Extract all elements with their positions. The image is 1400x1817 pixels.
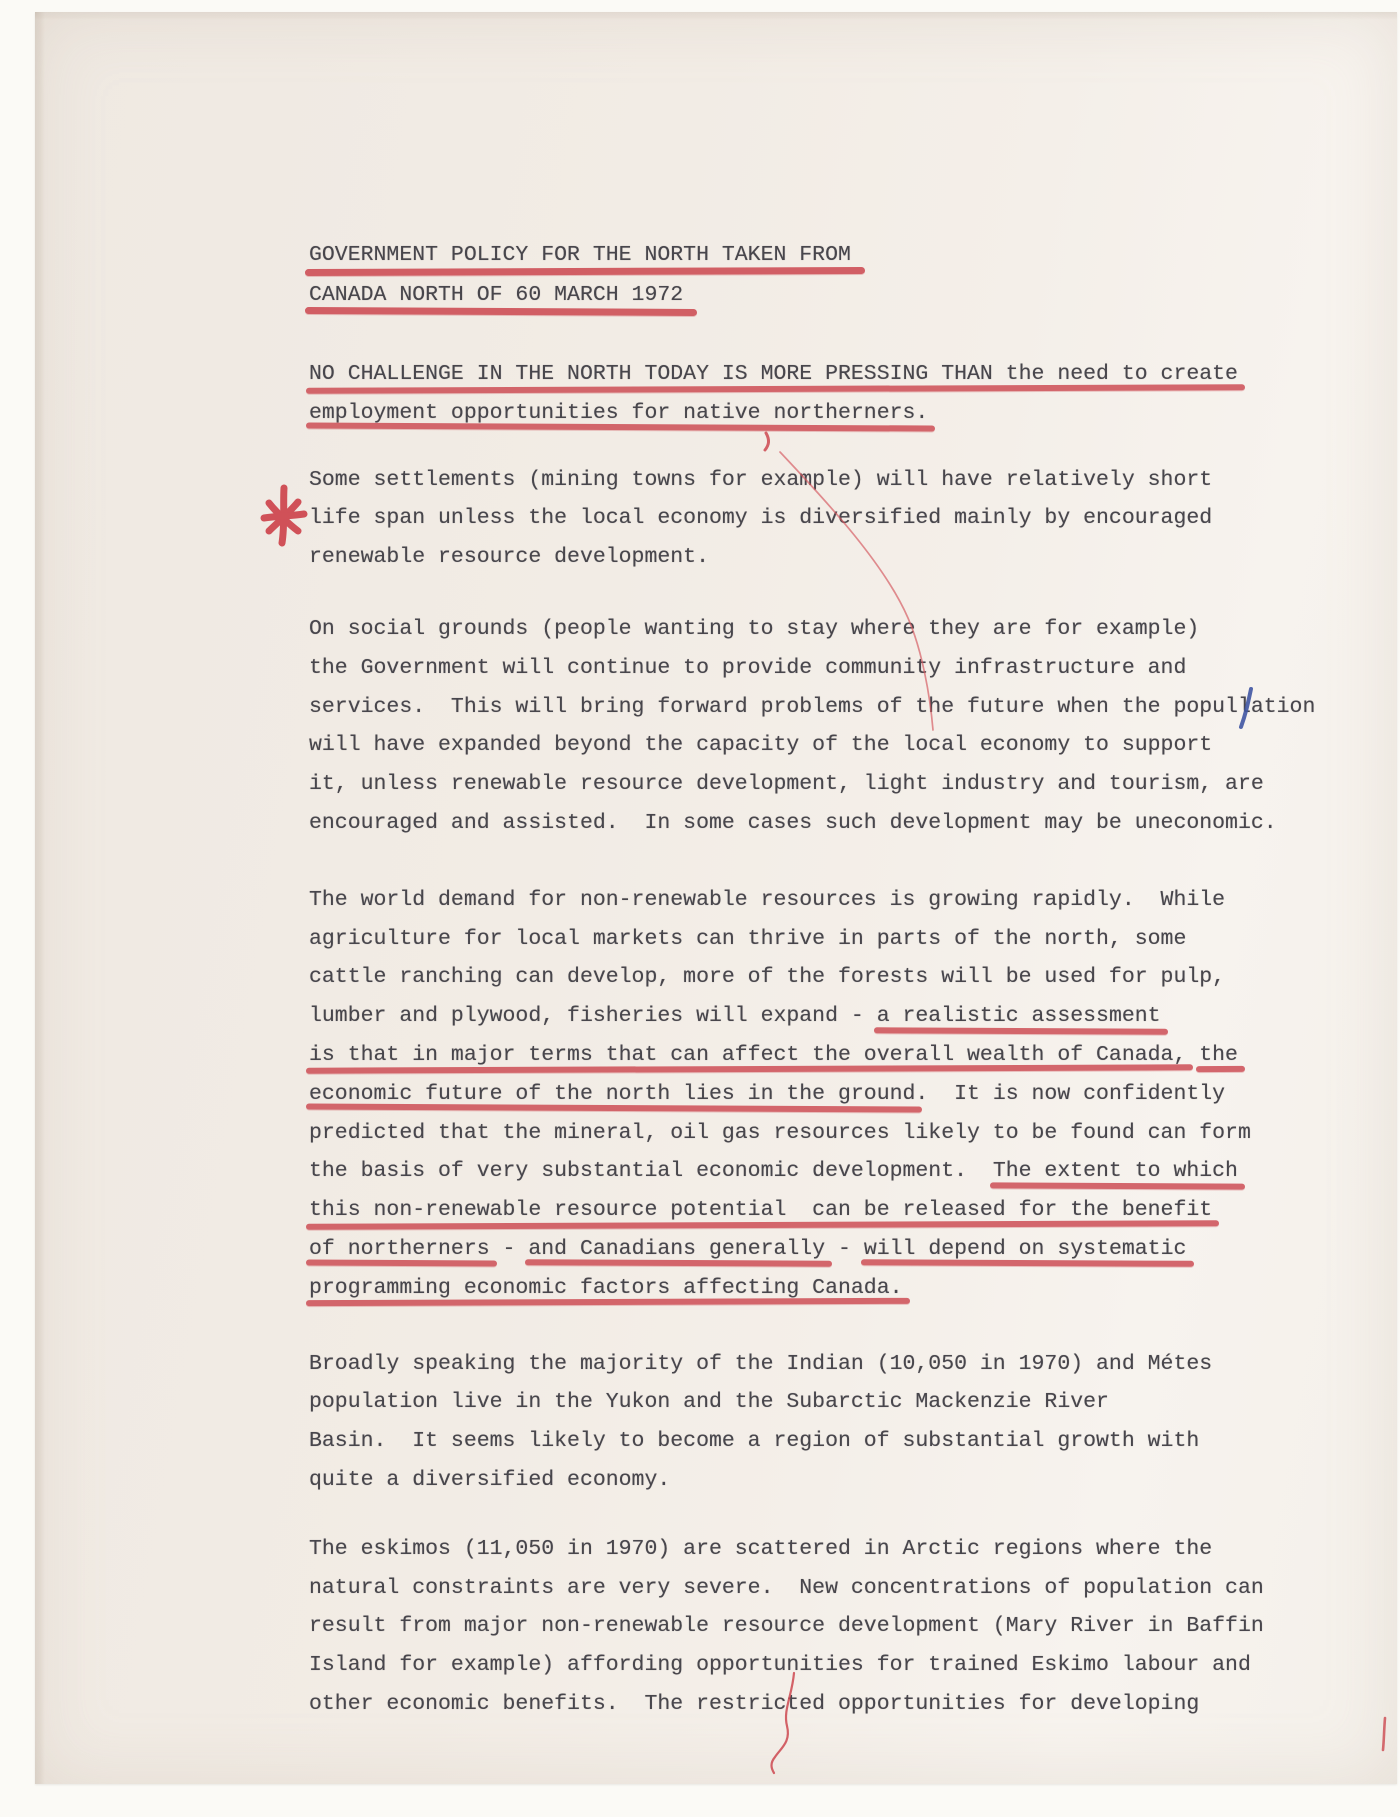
text-line: NO CHALLENGE IN THE NORTH TODAY IS MORE … (309, 355, 1315, 394)
text-segment: Basin. It seems likely to become a regio… (309, 1429, 1199, 1453)
text-line: renewable resource development. (309, 538, 1315, 577)
text-line: population live in the Yukon and the Sub… (309, 1383, 1315, 1422)
red-underlined-text: the (1199, 1043, 1238, 1067)
red-underlined-text: a realistic assessment (877, 1004, 1161, 1028)
document-body: GOVERNMENT POLICY FOR THE NORTH TAKEN FR… (309, 235, 1315, 1724)
red-underlined-text: and Canadians generally (528, 1237, 825, 1261)
paragraph-1: NO CHALLENGE IN THE NORTH TODAY IS MORE … (309, 355, 1315, 433)
text-segment: the Government will continue to provide … (309, 656, 1186, 680)
text-segment: population live in the Yukon and the Sub… (309, 1390, 1109, 1414)
text-segment: natural constraints are very severe. New… (309, 1576, 1264, 1600)
text-line: natural constraints are very severe. New… (309, 1569, 1315, 1608)
text-line: encouraged and assisted. In some cases s… (309, 804, 1315, 843)
text-segment: On social grounds (people wanting to sta… (309, 617, 1199, 641)
text-segment: lumber and plywood, fisheries will expan… (309, 1004, 877, 1028)
red-underlined-text: CANADA NORTH OF 60 MARCH 1972 (309, 283, 683, 307)
text-segment: result from major non-renewable resource… (309, 1614, 1264, 1638)
text-line: Island for example) affording opportunit… (309, 1646, 1315, 1685)
text-line: The eskimos (11,050 in 1970) are scatter… (309, 1530, 1315, 1569)
text-segment: cattle ranching can develop, more of the… (309, 965, 1225, 989)
red-underlined-text: of northerners (309, 1237, 490, 1261)
text-segment: services. This will bring forward proble… (309, 695, 1315, 719)
text-line: services. This will bring forward proble… (309, 688, 1315, 727)
red-underlined-text: economic future of the north lies in the… (309, 1082, 915, 1106)
text-line: Broadly speaking the majority of the Ind… (309, 1345, 1315, 1384)
red-underlined-text: is that in major terms that can affect t… (309, 1043, 1186, 1067)
text-line: On social grounds (people wanting to sta… (309, 610, 1315, 649)
text-line: will have expanded beyond the capacity o… (309, 726, 1315, 765)
text-line: the basis of very substantial economic d… (309, 1152, 1315, 1191)
text-segment: The eskimos (11,050 in 1970) are scatter… (309, 1537, 1212, 1561)
text-line: other economic benefits. The restricted … (309, 1685, 1315, 1724)
text-segment: Some settlements (mining towns for examp… (309, 468, 1212, 492)
text-segment: predicted that the mineral, oil gas reso… (309, 1121, 1251, 1145)
scanned-document-screenshot: { "document": { "kind": "typewritten mem… (0, 0, 1400, 1817)
text-line: lumber and plywood, fisheries will expan… (309, 997, 1315, 1036)
text-line: result from major non-renewable resource… (309, 1607, 1315, 1646)
paragraph-3: On social grounds (people wanting to sta… (309, 610, 1315, 843)
paragraph-2: Some settlements (mining towns for examp… (309, 461, 1315, 577)
text-line: employment opportunities for native nort… (309, 394, 1315, 433)
text-segment: Broadly speaking the majority of the Ind… (309, 1352, 1212, 1376)
text-line: Some settlements (mining towns for examp… (309, 461, 1315, 500)
text-line: CANADA NORTH OF 60 MARCH 1972 (309, 275, 1315, 315)
red-underlined-text: will depend on systematic (864, 1237, 1187, 1261)
red-underlined-text: GOVERNMENT POLICY FOR THE NORTH TAKEN FR… (309, 243, 851, 267)
text-segment: the basis of very substantial economic d… (309, 1159, 993, 1183)
red-underlined-text: employment opportunities for native nort… (309, 401, 928, 425)
text-segment: agriculture for local markets can thrive… (309, 927, 1186, 951)
red-underlined-text: The extent to which (993, 1159, 1238, 1183)
text-line: The world demand for non-renewable resou… (309, 881, 1315, 920)
document-page: GOVERNMENT POLICY FOR THE NORTH TAKEN FR… (35, 12, 1397, 1784)
paragraph-5: Broadly speaking the majority of the Ind… (309, 1345, 1315, 1500)
text-line: agriculture for local markets can thrive… (309, 920, 1315, 959)
red-underlined-text: this non-renewable resource potential ca… (309, 1198, 1212, 1222)
text-line: quite a diversified economy. (309, 1461, 1315, 1500)
text-segment: it, unless renewable resource developmen… (309, 772, 1264, 796)
text-line: the Government will continue to provide … (309, 649, 1315, 688)
margin-asterisk-icon (260, 484, 308, 553)
text-line: life span unless the local economy is di… (309, 499, 1315, 538)
text-line: of northerners - and Canadians generally… (309, 1230, 1315, 1269)
text-line: this non-renewable resource potential ca… (309, 1191, 1315, 1230)
text-segment: renewable resource development. (309, 545, 709, 569)
red-underlined-text: programming economic factors affecting C… (309, 1276, 903, 1300)
text-line: programming economic factors affecting C… (309, 1269, 1315, 1308)
text-segment: other economic benefits. The restricted … (309, 1692, 1199, 1716)
text-segment: quite a diversified economy. (309, 1468, 670, 1492)
paragraph-6: The eskimos (11,050 in 1970) are scatter… (309, 1530, 1315, 1724)
text-line: is that in major terms that can affect t… (309, 1036, 1315, 1075)
text-line: Basin. It seems likely to become a regio… (309, 1422, 1315, 1461)
text-line: it, unless renewable resource developmen… (309, 765, 1315, 804)
text-segment: life span unless the local economy is di… (309, 506, 1212, 530)
text-line: GOVERNMENT POLICY FOR THE NORTH TAKEN FR… (309, 235, 1315, 275)
text-line: cattle ranching can develop, more of the… (309, 958, 1315, 997)
paragraph-4: The world demand for non-renewable resou… (309, 881, 1315, 1308)
text-segment: . It is now confidently (915, 1082, 1225, 1106)
text-segment: - (490, 1237, 529, 1261)
text-line: predicted that the mineral, oil gas reso… (309, 1114, 1315, 1153)
text-segment: encouraged and assisted. In some cases s… (309, 811, 1277, 835)
document-title: GOVERNMENT POLICY FOR THE NORTH TAKEN FR… (309, 235, 1315, 315)
text-segment: The world demand for non-renewable resou… (309, 888, 1225, 912)
text-segment: Island for example) affording opportunit… (309, 1653, 1251, 1677)
text-segment: - (825, 1237, 864, 1261)
text-segment: will have expanded beyond the capacity o… (309, 733, 1212, 757)
red-underlined-text: NO CHALLENGE IN THE NORTH TODAY IS MORE … (309, 362, 1238, 386)
text-line: economic future of the north lies in the… (309, 1075, 1315, 1114)
